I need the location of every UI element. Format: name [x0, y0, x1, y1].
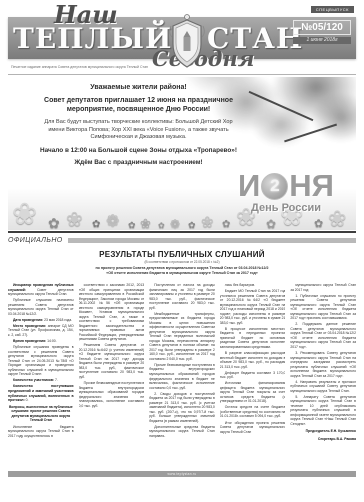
article-column: лись без барьеров.Бюджет МО Теплый Стан …: [220, 283, 286, 467]
article-paragraph: Время проведения: 14:00.: [8, 339, 74, 344]
flower-icon: ❀: [140, 217, 151, 230]
article-paragraph: Дефицит бюджета составил 3 170,0 тыс. ру…: [220, 371, 286, 380]
special-issue-badge: СПЕЦВЫПУСК: [311, 6, 354, 13]
announcement-closing: Ждём Вас с праздничным настроением!: [36, 159, 241, 166]
flower-icon: ❀: [66, 210, 83, 230]
issue-date: 1 июня 2018г: [293, 37, 351, 44]
announcement-invite: Совет депутатов приглашает 12 июня на пр…: [36, 96, 241, 114]
article-header: РЕЗУЛЬТАТЫ ПУБЛИЧНЫХ СЛУШАНИЙ (В соответ…: [8, 250, 356, 275]
announcement-block: Уважаемые жители района! Совет депутатов…: [36, 84, 241, 166]
footer-text: www.teplystan.ru: [168, 472, 197, 476]
issue-number: №05/120: [293, 20, 351, 35]
flower-icon: ✿: [266, 218, 276, 230]
holiday-caption-block: И 2 НЯ День России: [218, 171, 354, 214]
official-section-rule: [68, 238, 356, 243]
article-paragraph: Решением Совета депутатов от 20.12.2016 …: [79, 343, 145, 379]
article-paragraph: Источники финансирования дефицита бюджет…: [220, 381, 286, 404]
article-paragraph: Количество поступивших предложений и зам…: [8, 384, 74, 402]
flower-icon: ✿: [48, 216, 60, 230]
article-paragraph: Публичные слушания проведены в соответст…: [8, 345, 74, 377]
flower-icon: ✿: [158, 222, 165, 230]
official-section-label: ОФИЦИАЛЬНО: [8, 237, 63, 244]
article-column: муниципального округа Теплый Стан за 201…: [290, 283, 356, 467]
article-paragraph: Исполнение бюджета муниципального округа…: [8, 425, 74, 439]
article-paragraph: Прочие безвозмездные поступления в бюдже…: [149, 363, 215, 390]
article-column: Поступления от налога на доходы физическ…: [149, 283, 215, 467]
article-paragraph: Количество участников: 7.: [8, 378, 74, 383]
holiday-date-prefix: И: [238, 171, 260, 201]
article-paragraph: 2. Поддержать данное решение Совета депу…: [290, 322, 356, 349]
flower-icon: ✿: [314, 219, 323, 230]
article-paragraph: Бюджет МО Теплый Стан на 2017 год уточня…: [220, 289, 286, 325]
flower-icon: ❀: [12, 200, 37, 230]
coat-of-arms-icon: [166, 13, 208, 76]
article-paragraph: Остаток средств на счете бюджета (собств…: [220, 405, 286, 419]
official-section-header: ОФИЦИАЛЬНО: [8, 237, 356, 244]
newspaper-page: СПЕЦВЫПУСК Наш ТЕПЛЫЙ СТАН №05/120 1 июн…: [0, 0, 364, 502]
article-paragraph: Межбюджетные трансферты, предоставляемые…: [149, 312, 215, 362]
article-paragraph: 1. Публичные слушания по проекту решения…: [290, 294, 356, 321]
flower-icon: ✿: [92, 220, 100, 230]
masthead-script-top: Наш: [54, 0, 118, 29]
issue-info: №05/120 1 июня 2018г: [293, 20, 351, 44]
article-columns: Инициатор проведения публичных слушаний:…: [8, 283, 356, 467]
announcement-start: Начало в 12:00 на Большой сцене Зоны отд…: [36, 147, 241, 155]
flower-icon: ✿: [188, 221, 196, 230]
article-paragraph: Место проведения: аппарат СД МО Теплый С…: [8, 324, 74, 338]
announcement-greeting: Уважаемые жители района!: [36, 84, 241, 91]
holiday-date-suffix: НЯ: [289, 171, 334, 201]
article-subtitle-project: по проекту решения Совета депутатов муни…: [8, 266, 356, 270]
article-column: соответствии с законами 2012, 2013 «Об о…: [79, 283, 145, 467]
article-paragraph: В разрезе классификации расходов местный…: [220, 351, 286, 369]
article-paragraph: 4. Направить результаты и протокол публи…: [290, 380, 356, 394]
article-paragraph: соответствии с законами 2012, 2013 «Об о…: [79, 283, 145, 342]
article-paragraph: 3. Рекомендовать Совету депутатов муници…: [290, 351, 356, 378]
article-paragraph: Прочие безвозмездные поступления в бюдже…: [79, 381, 145, 408]
article-subtitle-subject: «Об отчете исполнения бюджета в муниципа…: [8, 271, 356, 275]
section-divider: [8, 231, 356, 233]
flower-icon: ❁: [106, 214, 119, 230]
article-paragraph: В процессе исполнения местного бюджета в…: [220, 327, 286, 350]
article-subtitle-protocol: (В соответствии с протоколом от 22.05.20…: [8, 260, 356, 264]
flower-icon: ❀: [201, 215, 214, 230]
article-paragraph: Публичные слушания назначены решением Со…: [8, 298, 74, 316]
article-title: РЕЗУЛЬТАТЫ ПУБЛИЧНЫХ СЛУШАНИЙ: [8, 250, 356, 259]
article-paragraph: лись без барьеров.: [220, 283, 286, 288]
signature-line: Секретарь В.А. Ракова: [290, 437, 356, 442]
signature-line: Председатель Е.Н. Кузьменко: [290, 429, 356, 434]
announcement-program: Для Вас будут выступать творческие колле…: [36, 119, 241, 142]
holiday-banner: Уважаемые жители района! Совет депутатов…: [8, 77, 356, 230]
footer-bar: www.teplystan.ru: [8, 471, 356, 477]
article-paragraph: 5. Аппарату Совета депутатов муниципальн…: [290, 395, 356, 427]
article-paragraph: Итог обсуждения проекта решения Совета д…: [220, 421, 286, 435]
flower-icon: ✿: [222, 220, 230, 230]
holiday-date-text: И 2 НЯ: [218, 171, 354, 201]
article-paragraph: Инициатор проведения публичных слушаний:…: [8, 283, 74, 297]
flower-icon: ✿: [128, 221, 136, 230]
article-paragraph: Дата проведения: 23 мая 2018 года.: [8, 318, 74, 323]
article-paragraph: Поступления от налога на доходы физическ…: [149, 283, 215, 310]
article-column: Инициатор проведения публичных слушаний:…: [8, 283, 74, 467]
article-paragraph: Вопросы, вынесенные на публичные слушани…: [8, 405, 74, 423]
holiday-name: День России: [218, 202, 354, 214]
article-paragraph: Дополнительные средства бюджета муниципа…: [149, 425, 215, 439]
article-paragraph: 2. Своды доходов и поступлений бюджета з…: [149, 392, 215, 424]
holiday-date-circle: 2: [261, 173, 288, 200]
article-paragraph: муниципального округа Теплый Стан за 201…: [290, 283, 356, 292]
flower-icon: ❁: [170, 218, 180, 230]
